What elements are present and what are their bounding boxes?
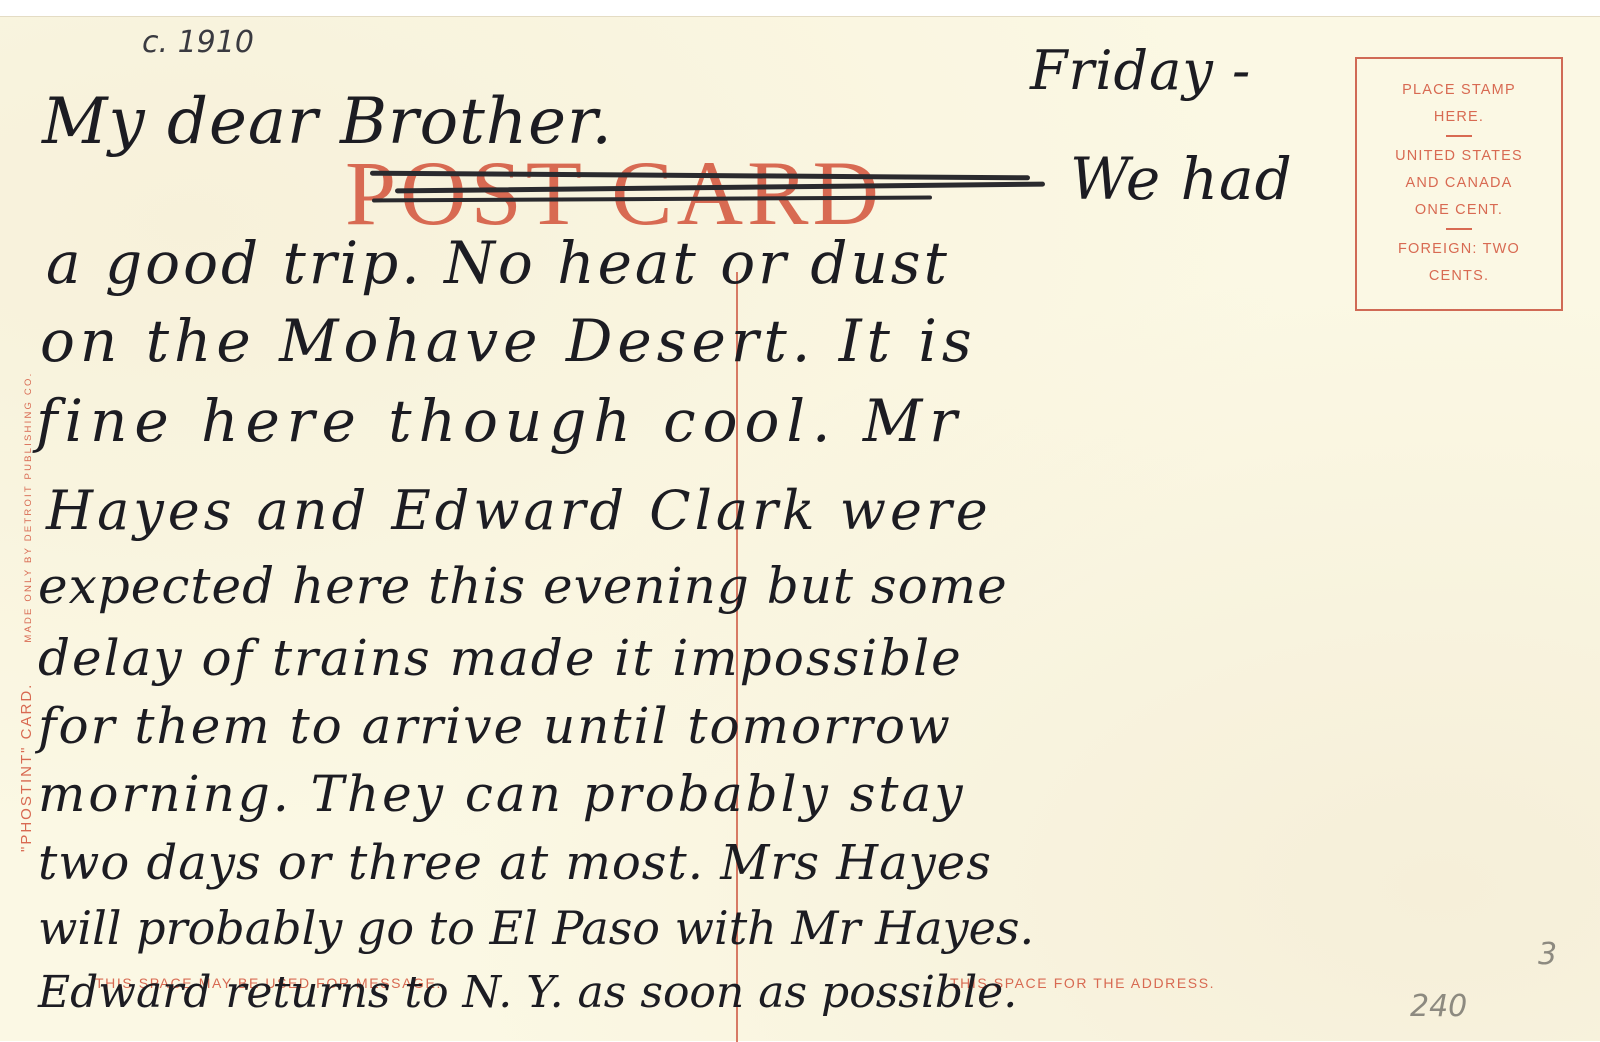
message-line: will probably go to El Paso with Mr Haye… [38,901,1034,955]
publisher-name: MADE ONLY BY DETROIT PUBLISHING CO. [23,372,34,643]
catalog-number-bottom: 240 [1410,989,1467,1024]
phostint-card-label: "PHOSTINT" CARD. [18,683,35,852]
stamp-box-line: PLACE STAMP [1357,77,1561,104]
message-line: My dear Brother. [42,85,613,159]
message-line: We had [1070,145,1293,213]
postcard-back: POST CARD PLACE STAMP HERE. UNITED STATE… [0,16,1600,1040]
message-line: Hayes and Edward Clark were [46,479,992,542]
message-line: for them to arrive until tomorrow [38,697,952,755]
message-line: expected here this evening but some [38,557,1008,615]
message-line: a good trip. No heat or dust [46,229,950,297]
stamp-box-line: ONE CENT. [1357,197,1561,224]
stamp-box-line: UNITED STATES [1357,143,1561,170]
message-line: morning. They can probably stay [38,765,966,823]
publisher-imprint: "PHOSTINT" CARD. MADE ONLY BY DETROIT PU… [18,372,35,852]
catalog-number-top: 3 [1538,937,1557,972]
stamp-box-line: FOREIGN: TWO [1357,236,1561,263]
message-line: two days or three at most. Mrs Hayes [38,835,992,891]
stamp-box-rule [1446,135,1472,137]
stamp-box-line: CENTS. [1357,263,1561,290]
message-line: on the Mohave Desert. It is [40,307,977,375]
message-line: fine here though cool. Mr [36,387,964,455]
place-stamp-box: PLACE STAMP HERE. UNITED STATES AND CANA… [1355,57,1563,311]
date-annotation: c. 1910 [142,25,254,60]
message-line: Edward returns to N. Y. as soon as possi… [38,967,1017,1018]
message-line: delay of trains made it impossible [38,629,963,687]
stamp-box-line: AND CANADA [1357,170,1561,197]
message-day: Friday - [1030,39,1251,102]
stamp-box-line: HERE. [1357,104,1561,131]
stamp-box-rule [1446,228,1472,230]
